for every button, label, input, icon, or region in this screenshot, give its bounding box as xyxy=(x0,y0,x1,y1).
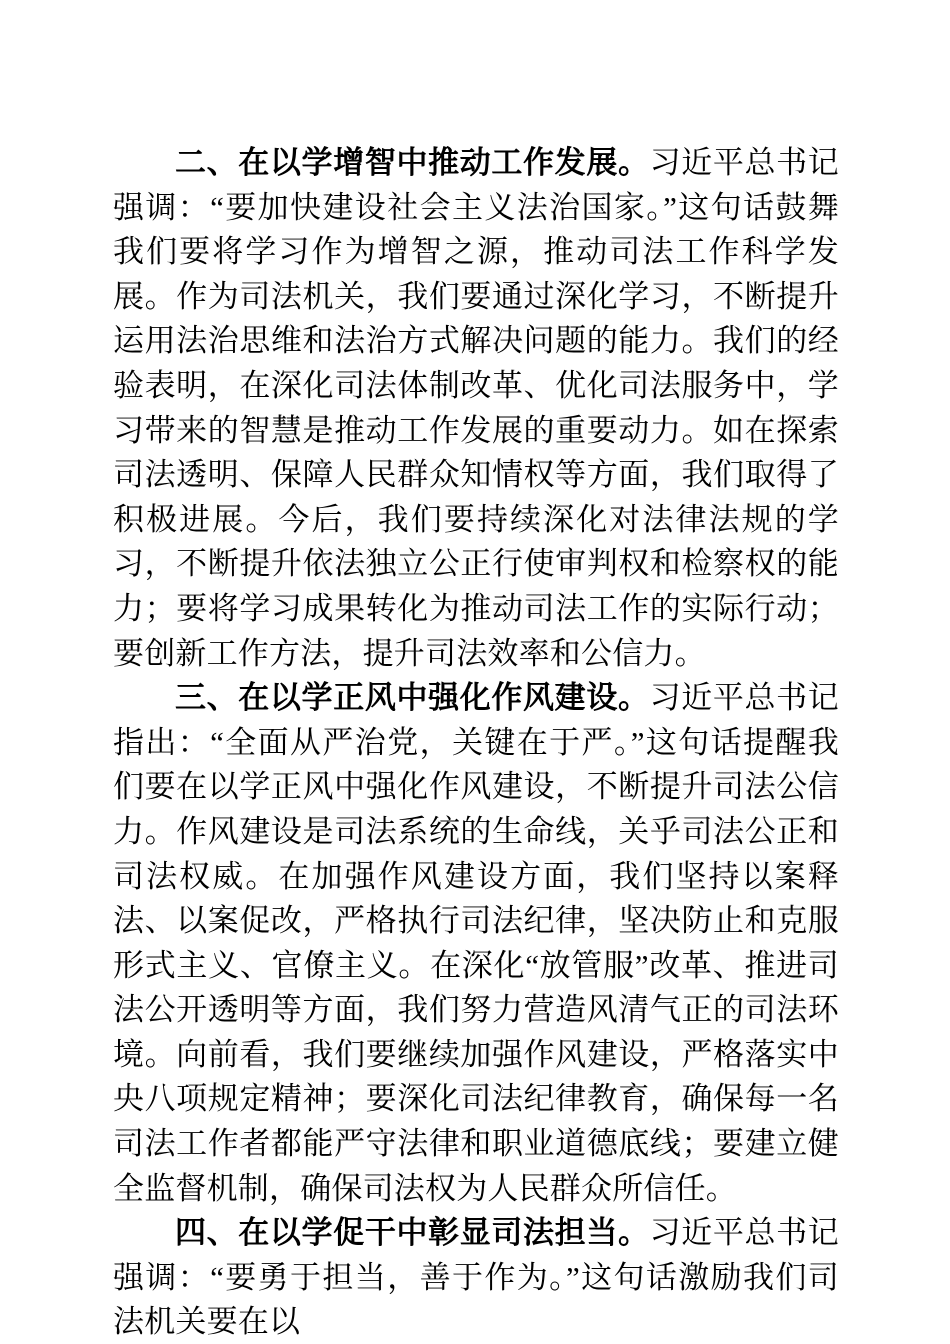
paragraph-section-3: 三、在以学正风中强化作风建设。习近平总书记指出：“全面从严治党，关键在于严。”这… xyxy=(113,676,839,1211)
section-heading: 四、在以学促干中彰显司法担当。 xyxy=(175,1215,650,1250)
section-heading: 二、在以学增智中推动工作发展。 xyxy=(175,145,650,180)
section-body-text: 习近平总书记指出：“全面从严治党，关键在于严。”这句话提醒我们要在以学正风中强化… xyxy=(113,680,839,1206)
document-content: 二、在以学增智中推动工作发展。习近平总书记强调：“要加快建设社会主义法治国家。”… xyxy=(113,141,839,1344)
section-heading: 三、在以学正风中强化作风建设。 xyxy=(175,680,650,715)
document-page: 二、在以学增智中推动工作发展。习近平总书记强调：“要加快建设社会主义法治国家。”… xyxy=(0,0,950,1344)
paragraph-section-2: 二、在以学增智中推动工作发展。习近平总书记强调：“要加快建设社会主义法治国家。”… xyxy=(113,141,839,676)
paragraph-section-4: 四、在以学促干中彰显司法担当。习近平总书记强调：“要勇于担当，善于作为。”这句话… xyxy=(113,1211,839,1344)
section-body-text: 习近平总书记强调：“要加快建设社会主义法治国家。”这句话鼓舞我们要将学习作为增智… xyxy=(113,145,839,671)
